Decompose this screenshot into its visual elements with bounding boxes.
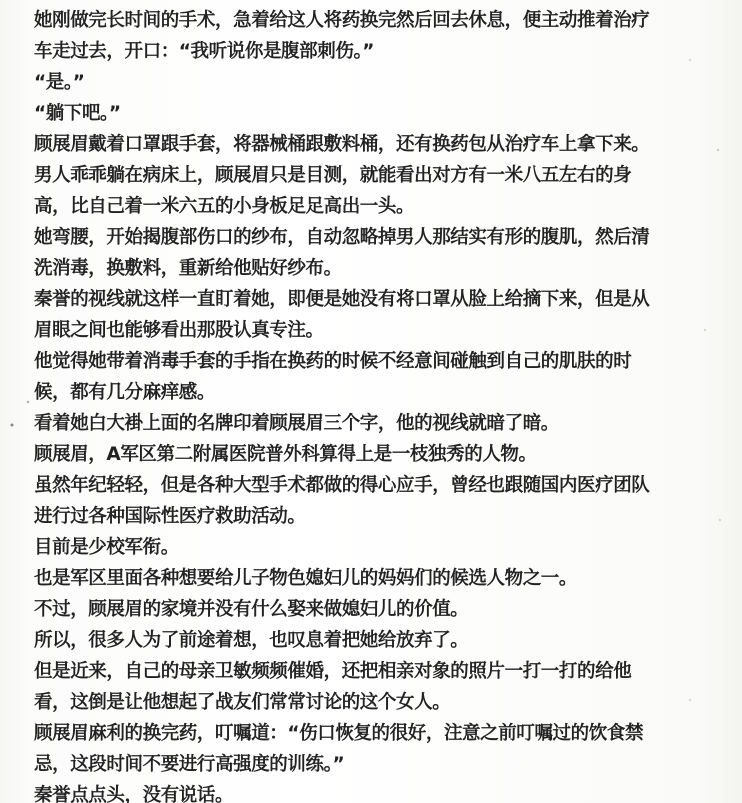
paragraph: 不过，顾展眉的家境并没有什么娶来做媳妇儿的价值。 [34, 594, 664, 625]
paragraph: “躺下吧。” [34, 98, 664, 129]
paragraph: 秦誉的视线就这样一直盯着她，即便是她没有将口罩从脸上给摘下来，但是从眉眼之间也能… [34, 284, 664, 346]
paragraph: 秦誉点点头，没有说话。 [34, 780, 664, 803]
paragraph: 顾展眉，A军区第二附属医院普外科算得上是一枝独秀的人物。 [34, 439, 664, 470]
paragraph: 看着她白大褂上面的名牌印着顾展眉三个字，他的视线就暗了暗。 [34, 408, 664, 439]
paragraph: 但是近来，自己的母亲卫敏频频催婚，还把相亲对象的照片一打一打的给他看，这倒是让他… [34, 656, 664, 718]
paragraph: 她刚做完长时间的手术，急着给这人将药换完然后回去休息，便主动推着治疗车走过去，开… [34, 5, 664, 67]
paragraph: 他觉得她带着消毒手套的手指在换药的时候不经意间碰触到自己的肌肤的时候，都有几分麻… [34, 346, 664, 408]
paragraph: 男人乖乖躺在病床上，顾展眉只是目测，就能看出对方有一米八五左右的身高，比自己着一… [34, 160, 664, 222]
paragraph: 她弯腰，开始揭腹部伤口的纱布，自动忽略掉男人那结实有形的腹肌，然后清洗消毒，换敷… [34, 222, 664, 284]
paragraph: 目前是少校军衔。 [34, 532, 664, 563]
paragraph: 顾展眉戴着口罩跟手套，将器械桶跟敷料桶，还有换药包从治疗车上拿下来。 [34, 129, 664, 160]
paragraph: “是。” [34, 67, 664, 98]
paragraph: 也是军区里面各种想要给儿子物色媳妇儿的妈妈们的候选人物之一。 [34, 563, 664, 594]
paragraph: 虽然年纪轻轻，但是各种大型手术都做的得心应手，曾经也跟随国内医疗团队进行过各种国… [34, 470, 664, 532]
paragraph: 所以，很多人为了前途着想，也叹息着把她给放弃了。 [34, 625, 664, 656]
document-body: 她刚做完长时间的手术，急着给这人将药换完然后回去休息，便主动推着治疗车走过去，开… [34, 5, 664, 803]
paragraph: 顾展眉麻利的换完药，叮嘱道：“伤口恢复的很好，注意之前叮嘱过的饮食禁忌，这段时间… [34, 718, 664, 780]
